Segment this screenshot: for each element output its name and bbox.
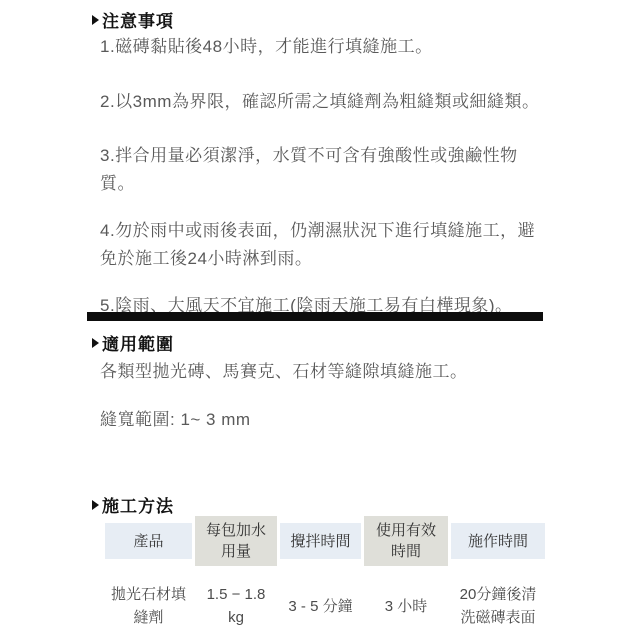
table-header-row: 產品 每包加水用量 攪拌時間 使用有效時間 施作時間 [105,516,545,566]
table-cell-usable-time: 3 小時 [364,570,448,640]
table-header-working-time: 施作時間 [451,523,545,559]
precaution-item-2: 2.以3mm為界限，確認所需之填縫劑為粗縫類或細縫類。 [100,88,550,116]
scope-gap-range: 縫寬範圍: 1~ 3 mm [100,406,550,434]
bullet-arrow-icon [92,338,99,348]
table-header-mixing-time: 攪拌時間 [280,523,361,559]
table-header-usable-time: 使用有效時間 [364,516,448,566]
precaution-item-1: 1.磁磚黏貼後48小時，才能進行填縫施工。 [100,33,550,61]
table-header-water-per-pack: 每包加水用量 [195,516,277,566]
construction-method-table: 產品 每包加水用量 攪拌時間 使用有效時間 施作時間 拋光石材填縫劑 1.5 −… [105,516,545,640]
table-header-product: 產品 [105,523,192,559]
table-cell-mixing-time: 3 - 5 分鐘 [280,570,361,640]
bullet-arrow-icon [92,15,99,25]
table-row: 拋光石材填縫劑 1.5 − 1.8 kg 3 - 5 分鐘 3 小時 20分鐘後… [105,570,545,640]
bullet-arrow-icon [92,500,99,510]
table-cell-product: 拋光石材填縫劑 [105,570,192,640]
method-title-text: 施工方法 [102,492,174,517]
precaution-item-4: 4.勿於雨中或雨後表面，仍潮濕狀況下進行填縫施工，避免於施工後24小時淋到雨。 [100,217,550,273]
scope-section-title: 適用範圍 [92,330,174,355]
table-cell-working-time: 20分鐘後清洗磁磚表面 [451,570,545,640]
scope-description: 各類型拋光磚、馬賽克、石材等縫隙填縫施工。 [100,358,550,386]
instruction-document: 注意事項 1.磁磚黏貼後48小時，才能進行填縫施工。 2.以3mm為界限，確認所… [0,0,640,640]
precaution-item-3: 3.拌合用量必須潔淨，水質不可含有強酸性或強鹼性物質。 [100,142,550,198]
precautions-title-text: 注意事項 [102,7,174,32]
precautions-section-title: 注意事項 [92,7,174,32]
section-divider-bar [87,312,543,321]
scope-title-text: 適用範圍 [102,330,174,355]
method-section-title: 施工方法 [92,492,174,517]
table-cell-water-per-pack: 1.5 − 1.8 kg [195,570,277,640]
